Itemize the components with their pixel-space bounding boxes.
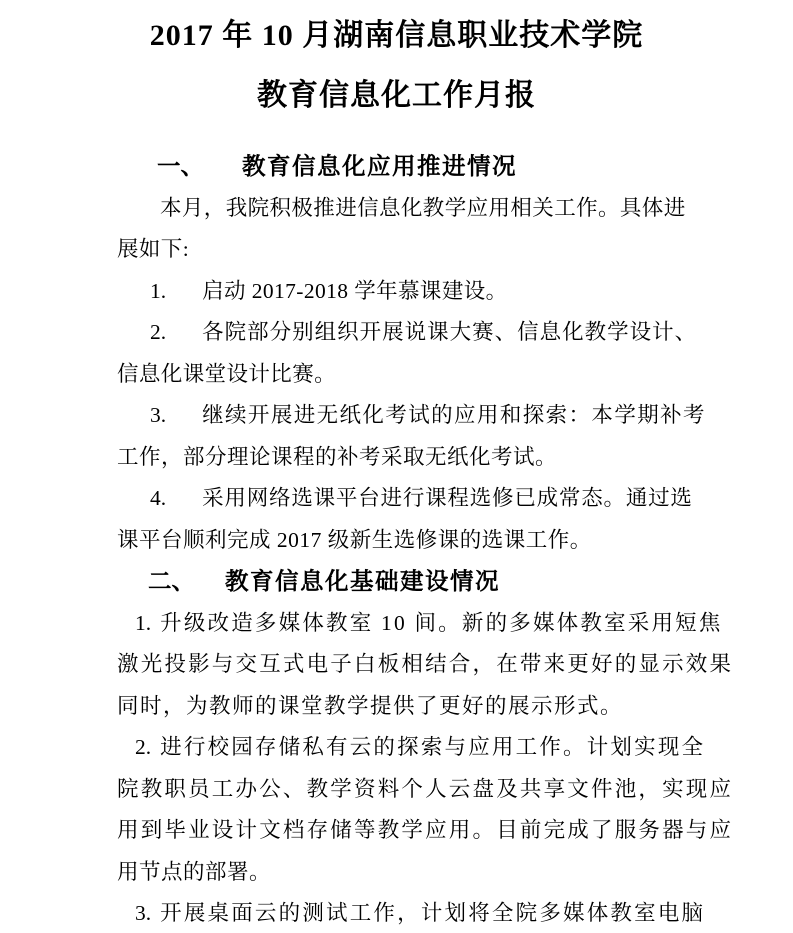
line-text: 开展桌面云的测试工作，计划将全院多媒体教室电脑 [160,901,705,925]
paragraph-line: 2.各院部分别组织开展说课大赛、信息化教学设计、 [0,312,793,354]
list-number: 3. [150,395,166,437]
list-number: 1. [150,271,166,313]
document-title-block: 2017 年 10 月湖南信息职业技术学院 教育信息化工作月报 [0,0,793,126]
line-text: 启动 2017-2018 学年慕课建设。 [202,279,507,303]
paragraph-line: 2.进行校园存储私有云的探索与应用工作。计划实现全 [0,727,793,769]
list-number: 1. [135,603,151,645]
paragraph-line: 工作，部分理论课程的补考采取无纸化考试。 [0,437,793,479]
line-text: 用到毕业设计文档存储等教学应用。目前完成了服务器与应 [117,818,733,842]
paragraph-line: 激光投影与交互式电子白板相结合，在带来更好的显示效果 [0,644,793,686]
heading-text: 教育信息化基础建设情况 [225,567,500,595]
line-text: 进行校园存储私有云的探索与应用工作。计划实现全 [160,735,705,759]
line-text: 用节点的部署。 [117,860,271,884]
document-body: 一、教育信息化应用推进情况本月，我院积极推进信息化教学应用相关工作。具体进展如下… [0,146,793,933]
line-text: 采用网络选课平台进行课程选修已成常态。通过选 [202,486,693,510]
line-text: 升级改造多媒体教室 10 间。新的多媒体教室采用短焦 [160,611,722,635]
paragraph-line: 本月，我院积极推进信息化教学应用相关工作。具体进 [0,188,793,230]
document-title-line-2: 教育信息化工作月报 [0,66,793,126]
heading-text: 教育信息化应用推进情况 [242,152,517,180]
paragraph-line: 用节点的部署。 [0,852,793,894]
line-text: 各院部分别组织开展说课大赛、信息化教学设计、 [202,320,697,344]
paragraph-line: 1.启动 2017-2018 学年慕课建设。 [0,271,793,313]
paragraph-line: 3.继续开展进无纸化考试的应用和探索：本学期补考 [0,395,793,437]
line-text: 激光投影与交互式电子白板相结合，在带来更好的显示效果 [117,652,733,676]
paragraph-line: 3.开展桌面云的测试工作，计划将全院多媒体教室电脑 [0,893,793,933]
section-heading: 一、教育信息化应用推进情况 [0,146,793,188]
paragraph-line: 课平台顺利完成 2017 级新生选修课的选课工作。 [0,520,793,562]
paragraph-line: 院教职员工办公、教学资料个人云盘及共享文件池，实现应 [0,769,793,811]
list-number: 2. [135,727,151,769]
section-heading: 二、教育信息化基础建设情况 [0,561,793,603]
line-text: 院教职员工办公、教学资料个人云盘及共享文件池，实现应 [117,777,733,801]
paragraph-line: 用到毕业设计文档存储等教学应用。目前完成了服务器与应 [0,810,793,852]
line-text: 同时，为教师的课堂教学提供了更好的展示形式。 [117,694,623,718]
paragraph-line: 4.采用网络选课平台进行课程选修已成常态。通过选 [0,478,793,520]
line-text: 本月，我院积极推进信息化教学应用相关工作。具体进 [160,196,686,220]
heading-number: 二、 [148,561,195,603]
document-title-line-1: 2017 年 10 月湖南信息职业技术学院 [0,6,793,66]
paragraph-line: 1.升级改造多媒体教室 10 间。新的多媒体教室采用短焦 [0,603,793,645]
line-text: 课平台顺利完成 2017 级新生选修课的选课工作。 [117,528,592,552]
paragraph-line: 展如下: [0,229,793,271]
line-text: 工作，部分理论课程的补考采取无纸化考试。 [117,445,557,469]
heading-number: 一、 [157,146,204,188]
document-page: 2017 年 10 月湖南信息职业技术学院 教育信息化工作月报 一、教育信息化应… [0,0,793,933]
list-number: 3. [135,893,151,933]
line-text: 展如下: [117,237,189,261]
line-text: 信息化课堂设计比赛。 [117,362,336,386]
line-text: 继续开展进无纸化考试的应用和探索：本学期补考 [202,403,706,427]
list-number: 2. [150,312,166,354]
paragraph-line: 同时，为教师的课堂教学提供了更好的展示形式。 [0,686,793,728]
list-number: 4. [150,478,166,520]
paragraph-line: 信息化课堂设计比赛。 [0,354,793,396]
